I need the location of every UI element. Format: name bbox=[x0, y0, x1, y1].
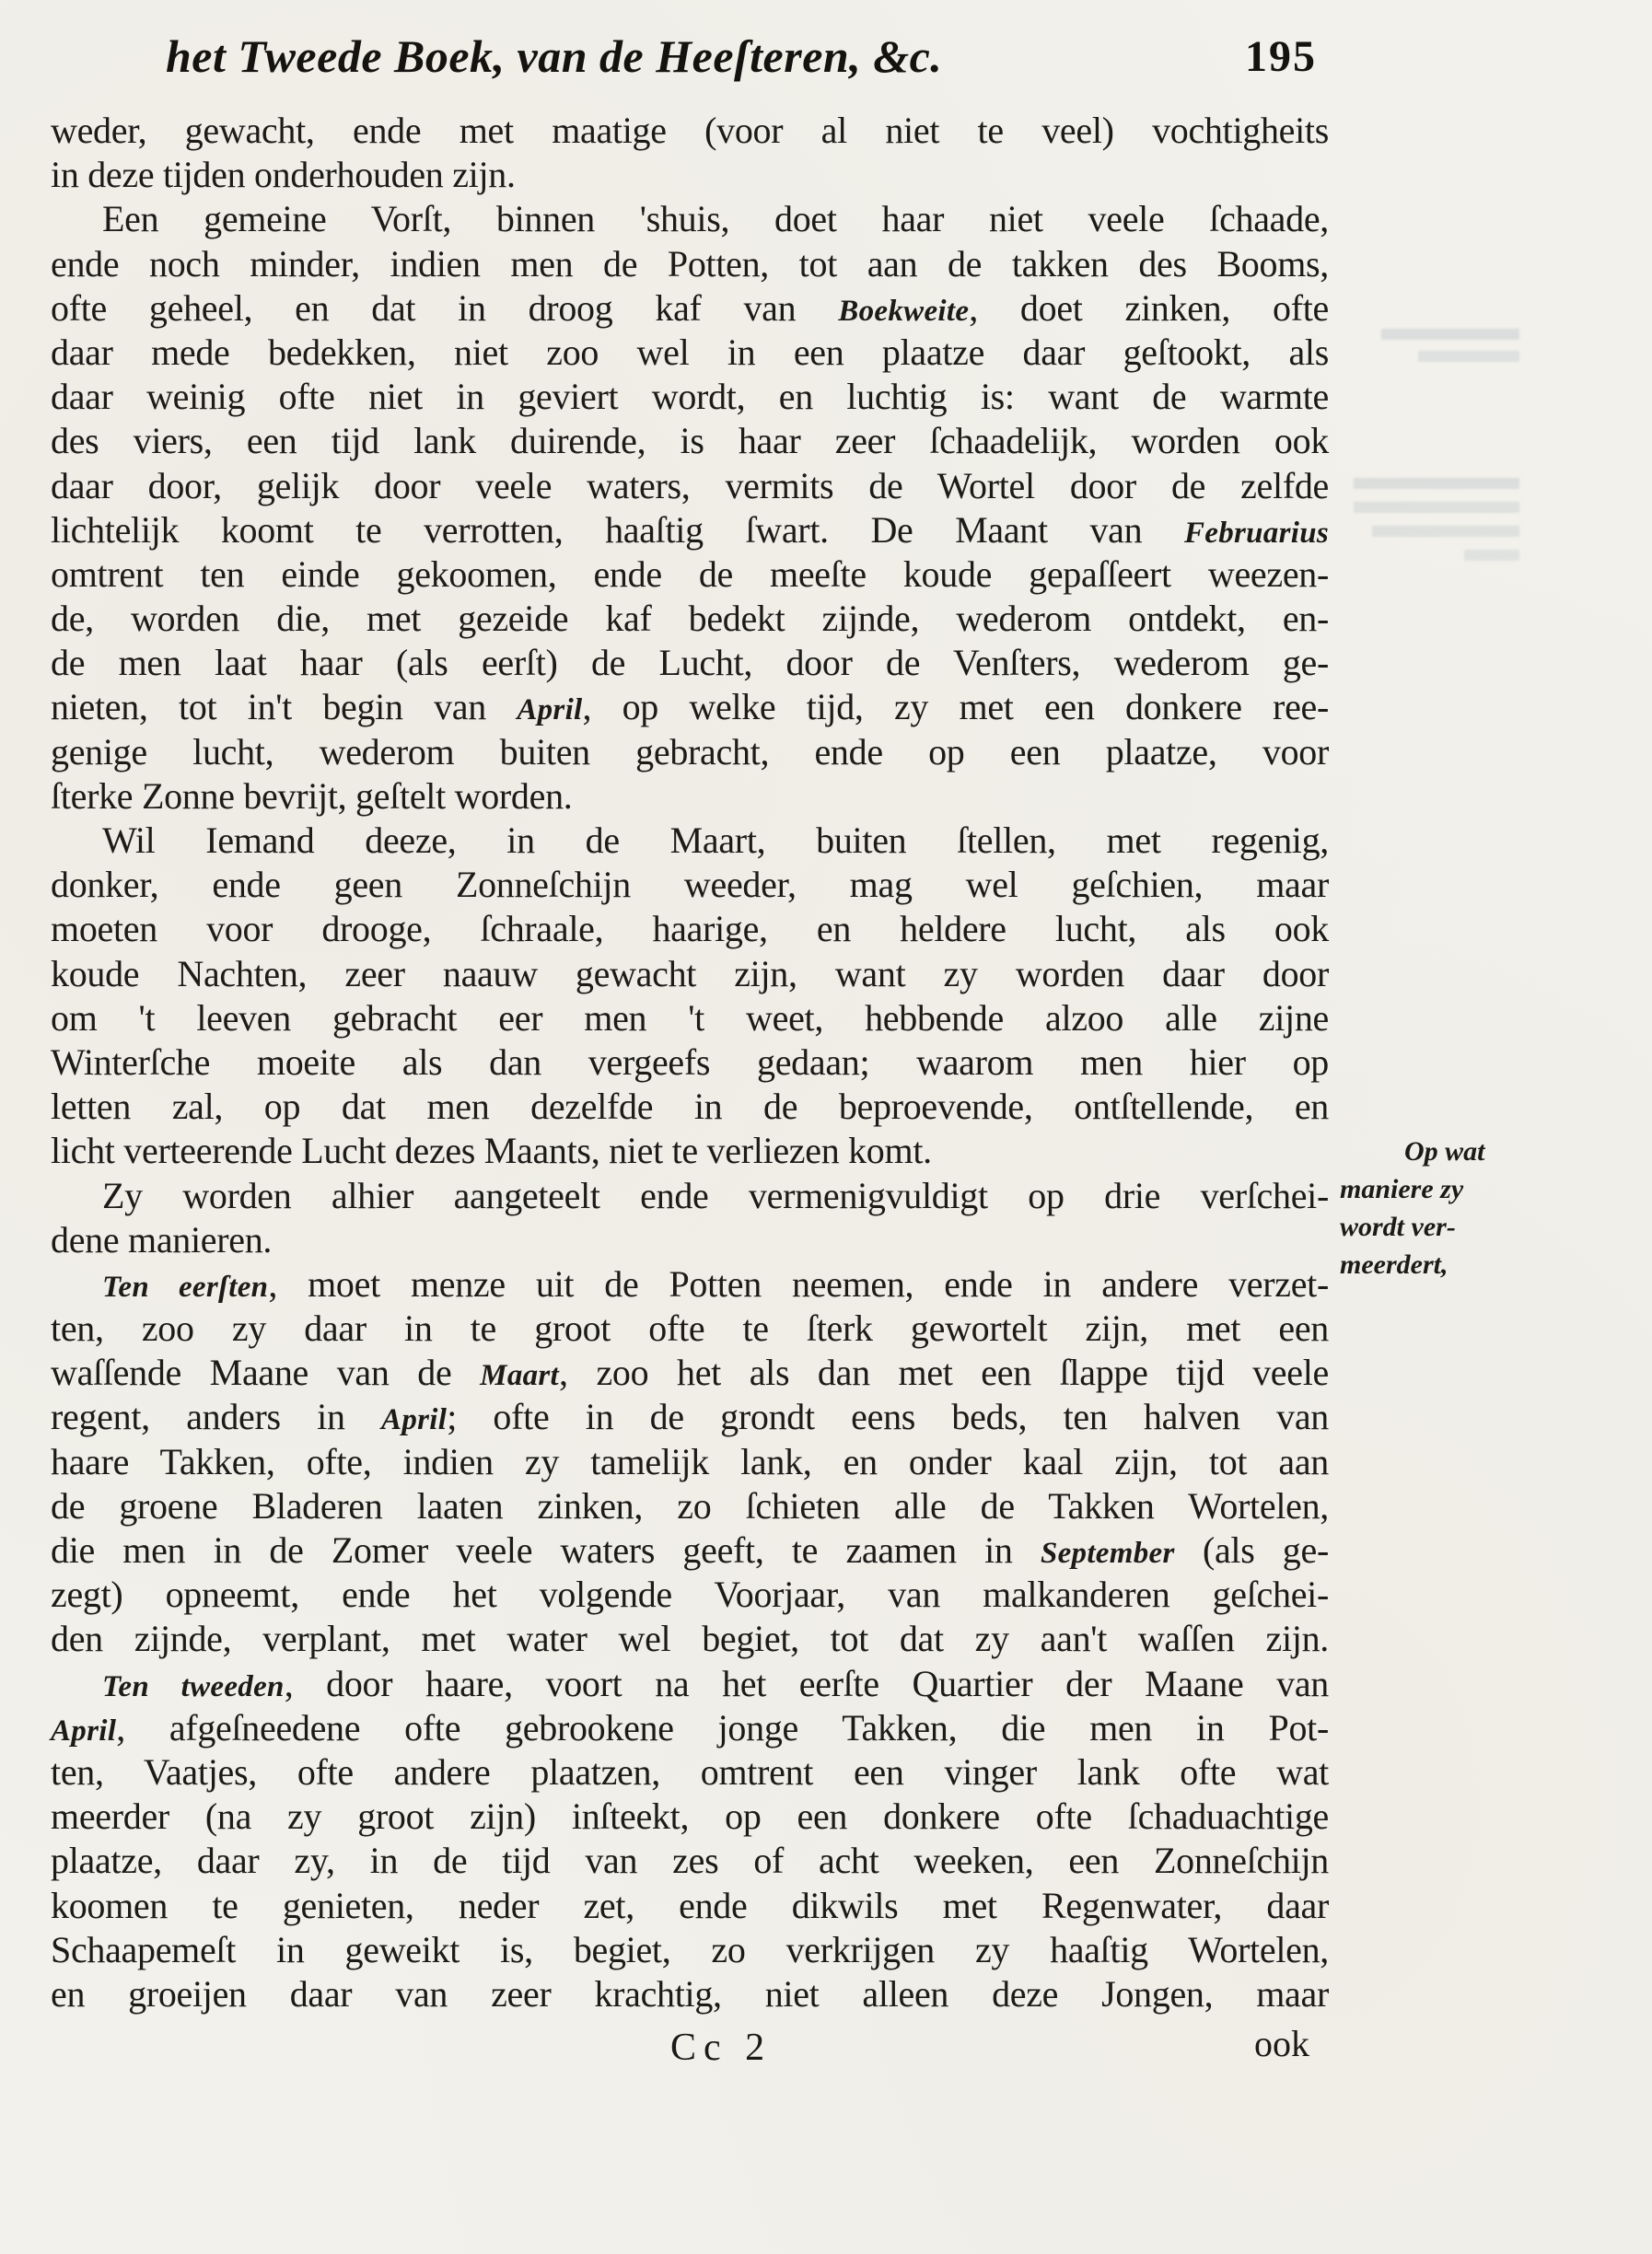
body-text: weder, gewacht, ende met maatige (voor a… bbox=[51, 109, 1329, 2016]
text-line: Schaapemeſt in geweikt is, begiet, zo ve… bbox=[51, 1928, 1329, 1972]
text-line: meerder (na zy groot zijn) inſteekt, op … bbox=[51, 1795, 1329, 1839]
bleed-through-marks bbox=[1354, 318, 1519, 401]
text-line: daar weinig ofte niet in geviert wordt, … bbox=[51, 375, 1329, 419]
text-line: omtrent ten einde gekoomen, ende de meeſ… bbox=[51, 552, 1329, 597]
text-line: dene manieren. bbox=[51, 1218, 1329, 1262]
text-line: koomen te genieten, neder zet, ende dikw… bbox=[51, 1884, 1329, 1928]
text-line: zegt) opneemt, ende het volgende Voorjaa… bbox=[51, 1573, 1329, 1617]
text-line: regent, anders in April; ofte in de gron… bbox=[51, 1395, 1329, 1439]
italic-term: April bbox=[51, 1714, 116, 1748]
margin-note-line: wordt ver- bbox=[1340, 1208, 1524, 1246]
text-line: weder, gewacht, ende met maatige (voor a… bbox=[51, 109, 1329, 153]
text-line: waſſende Maane van de Maart, zoo het als… bbox=[51, 1351, 1329, 1395]
running-title: het Tweede Boek, van de Heeſteren, &c. bbox=[166, 29, 942, 83]
text-line: Een gemeine Vorſt, binnen 'shuis, doet h… bbox=[51, 197, 1329, 241]
text-line: in deze tijden onderhouden zijn. bbox=[51, 153, 1329, 197]
text-line: koude Nachten, zeer naauw gewacht zijn, … bbox=[51, 952, 1329, 996]
text-line: daar door, gelijk door veele waters, ver… bbox=[51, 464, 1329, 508]
text-line: donker, ende geen Zonneſchijn weeder, ma… bbox=[51, 863, 1329, 907]
page-number: 195 bbox=[1245, 31, 1317, 82]
margin-note: Op wat maniere zy wordt ver- meerdert, bbox=[1340, 1133, 1524, 1284]
text-line: ende noch minder, indien men de Potten, … bbox=[51, 242, 1329, 286]
text-line: haare Takken, ofte, indien zy tamelijk l… bbox=[51, 1440, 1329, 1484]
italic-term: Ten tweeden bbox=[102, 1670, 285, 1703]
text-line: en groeijen daar van zeer krachtig, niet… bbox=[51, 1972, 1329, 2016]
italic-term: Boekweite bbox=[838, 295, 969, 328]
text-line: nieten, tot in't begin van April, op wel… bbox=[51, 685, 1329, 729]
text-line: om 't leeven gebracht eer men 't weet, h… bbox=[51, 996, 1329, 1040]
margin-note-line: Op wat bbox=[1340, 1133, 1524, 1170]
text-line: des viers, een tijd lank duirende, is ha… bbox=[51, 419, 1329, 463]
text-line: Ten tweeden, door haare, voort na het ee… bbox=[51, 1662, 1329, 1706]
text-line: ofte geheel, en dat in droog kaf van Boe… bbox=[51, 286, 1329, 331]
book-page: het Tweede Boek, van de Heeſteren, &c. 1… bbox=[0, 0, 1652, 2254]
text-line: den zijnde, verplant, met water wel begi… bbox=[51, 1617, 1329, 1661]
text-line: de groene Bladeren laaten zinken, zo ſch… bbox=[51, 1484, 1329, 1528]
italic-term: Februarius bbox=[1184, 517, 1329, 550]
text-line: licht verteerende Lucht dezes Maants, ni… bbox=[51, 1129, 1329, 1173]
text-line: letten zal, op dat men dezelfde in de be… bbox=[51, 1085, 1329, 1129]
catchword: ook bbox=[1254, 2022, 1309, 2065]
text-line: Ten eerſten, moet menze uit de Potten ne… bbox=[51, 1262, 1329, 1307]
text-line: Winterſche moeite als dan vergeefs gedaa… bbox=[51, 1040, 1329, 1085]
text-line: die men in de Zomer veele waters geeft, … bbox=[51, 1528, 1329, 1573]
bleed-through-marks bbox=[1335, 465, 1519, 575]
signature-mark: Cc 2 bbox=[670, 2026, 772, 2070]
italic-term: Ten eerſten bbox=[102, 1271, 268, 1304]
text-line: daar mede bedekken, niet zoo wel in een … bbox=[51, 331, 1329, 375]
margin-note-line: meerdert, bbox=[1340, 1246, 1524, 1284]
running-head: het Tweede Boek, van de Heeſteren, &c. 1… bbox=[166, 29, 1335, 103]
text-line: April, afgeſneedene ofte gebrookene jong… bbox=[51, 1706, 1329, 1750]
text-line: genige lucht, wederom buiten gebracht, e… bbox=[51, 730, 1329, 774]
text-line: plaatze, daar zy, in de tijd van zes of … bbox=[51, 1839, 1329, 1883]
italic-term: September bbox=[1041, 1537, 1175, 1570]
text-line: lichtelijk koomt te verrotten, haaſtig ſ… bbox=[51, 508, 1329, 552]
italic-term: April bbox=[517, 693, 582, 726]
text-line: Zy worden alhier aangeteelt ende vermeni… bbox=[51, 1174, 1329, 1218]
text-line: Wil Iemand deeze, in de Maart, buiten ſt… bbox=[51, 819, 1329, 863]
text-line: moeten voor drooge, ſchraale, haarige, e… bbox=[51, 907, 1329, 951]
text-line: ten, Vaatjes, ofte andere plaatzen, omtr… bbox=[51, 1750, 1329, 1795]
margin-note-line: maniere zy bbox=[1340, 1170, 1524, 1208]
text-line: de, worden die, met gezeide kaf bedekt z… bbox=[51, 597, 1329, 641]
text-line: de men laat haar (als eerſt) de Lucht, d… bbox=[51, 641, 1329, 685]
text-line: ſterke Zonne bevrijt, geſtelt worden. bbox=[51, 774, 1329, 819]
italic-term: Maart bbox=[480, 1359, 559, 1392]
text-line: ten, zoo zy daar in te groot ofte te ſte… bbox=[51, 1307, 1329, 1351]
italic-term: April bbox=[381, 1403, 447, 1436]
